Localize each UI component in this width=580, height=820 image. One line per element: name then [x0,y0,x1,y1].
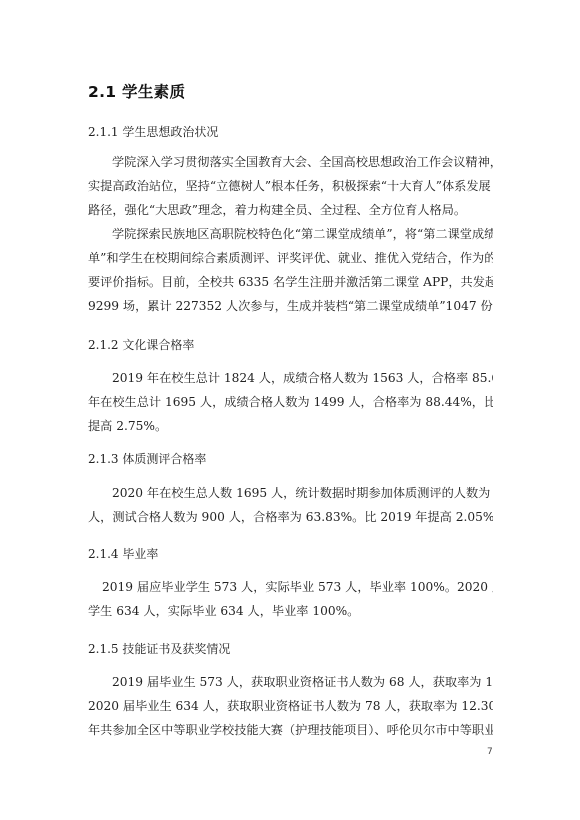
paragraph-line: 学生 634 人，实际毕业 634 人，毕业率 100%。 [88,599,493,623]
paragraph-line: 学院深入学习贯彻落实全国教育大会、全国高校思想政治工作会议精神，切 [88,150,493,174]
paragraph-line: 提高 2.75%。 [88,414,493,438]
paragraph-line: 2019 届应毕业学生 573 人，实际毕业 573 人，毕业率 100%。20… [88,575,493,599]
paragraph-line: 2019 年在校生总计 1824 人，成绩合格人数为 1563 人，合格率 85… [88,366,493,390]
paragraph-line: 要评价指标。目前，全校共 6335 名学生注册并激活第二课堂 APP，共发起活动 [88,270,493,294]
paragraph-line: 9299 场，累计 227352 人次参与，生成并装档“第二课堂成绩单”1047… [88,294,493,318]
paragraph-physical-test: 2020 年在校生总人数 1695 人，统计数据时期参加体质测评的人数为 141… [88,481,493,529]
document-page: 2.1 学生素质 2.1.1 学生思想政治状况 学院深入学习贯彻落实全国教育大会… [0,0,580,820]
paragraph-line: 人，测试合格人数为 900 人，合格率为 63.83%。比 2019 年提高 2… [88,505,493,529]
paragraph-line: 学院探索民族地区高职院校特色化“第二课堂成绩单”，将“第二课堂成绩 [88,222,493,246]
paragraph-line: 实提高政治站位，坚持“立德树人”根本任务，积极探索“十大育人”体系发展 [88,174,493,198]
subsection-heading-2-1-3: 2.1.3 体质测评合格率 [88,450,206,467]
subsection-heading-2-1-2: 2.1.2 文化课合格率 [88,336,194,353]
paragraph-skill-certificates: 2019 届毕业生 573 人，获取职业资格证书人数为 68 人，获取率为 11… [88,670,493,742]
paragraph-culture-pass-rate: 2019 年在校生总计 1824 人，成绩合格人数为 1563 人，合格率 85… [88,366,493,438]
section-heading: 2.1 学生素质 [88,80,185,102]
paragraph-line: 2020 年在校生总人数 1695 人，统计数据时期参加体质测评的人数为 141… [88,481,493,505]
paragraph-political-1: 学院深入学习贯彻落实全国教育大会、全国高校思想政治工作会议精神，切 实提高政治站… [88,150,493,222]
page-number: 7 [487,747,493,757]
paragraph-line: 年共参加全区中等职业学校技能大赛（护理技能项目）、呼伦贝尔市中等职业技 [88,718,493,742]
paragraph-line: 2019 届毕业生 573 人，获取职业资格证书人数为 68 人，获取率为 11… [88,670,493,694]
paragraph-line: 单”和学生在校期间综合素质测评、评奖评优、就业、推优入党结合，作为的重 [88,246,493,270]
subsection-heading-2-1-5: 2.1.5 技能证书及获奖情况 [88,640,230,657]
subsection-heading-2-1-4: 2.1.4 毕业率 [88,545,158,562]
paragraph-line: 2020 届毕业生 634 人，获取职业资格证书人数为 78 人，获取率为 12… [88,694,493,718]
subsection-heading-2-1-1: 2.1.1 学生思想政治状况 [88,123,218,140]
paragraph-political-2: 学院探索民族地区高职院校特色化“第二课堂成绩单”，将“第二课堂成绩 单”和学生在… [88,222,493,318]
paragraph-line: 年在校生总计 1695 人，成绩合格人数为 1499 人，合格率为 88.44%… [88,390,493,414]
paragraph-graduation-rate: 2019 届应毕业学生 573 人，实际毕业 573 人，毕业率 100%。20… [88,575,493,623]
paragraph-line: 路径，强化“大思政”理念，着力构建全员、全过程、全方位育人格局。 [88,198,493,222]
